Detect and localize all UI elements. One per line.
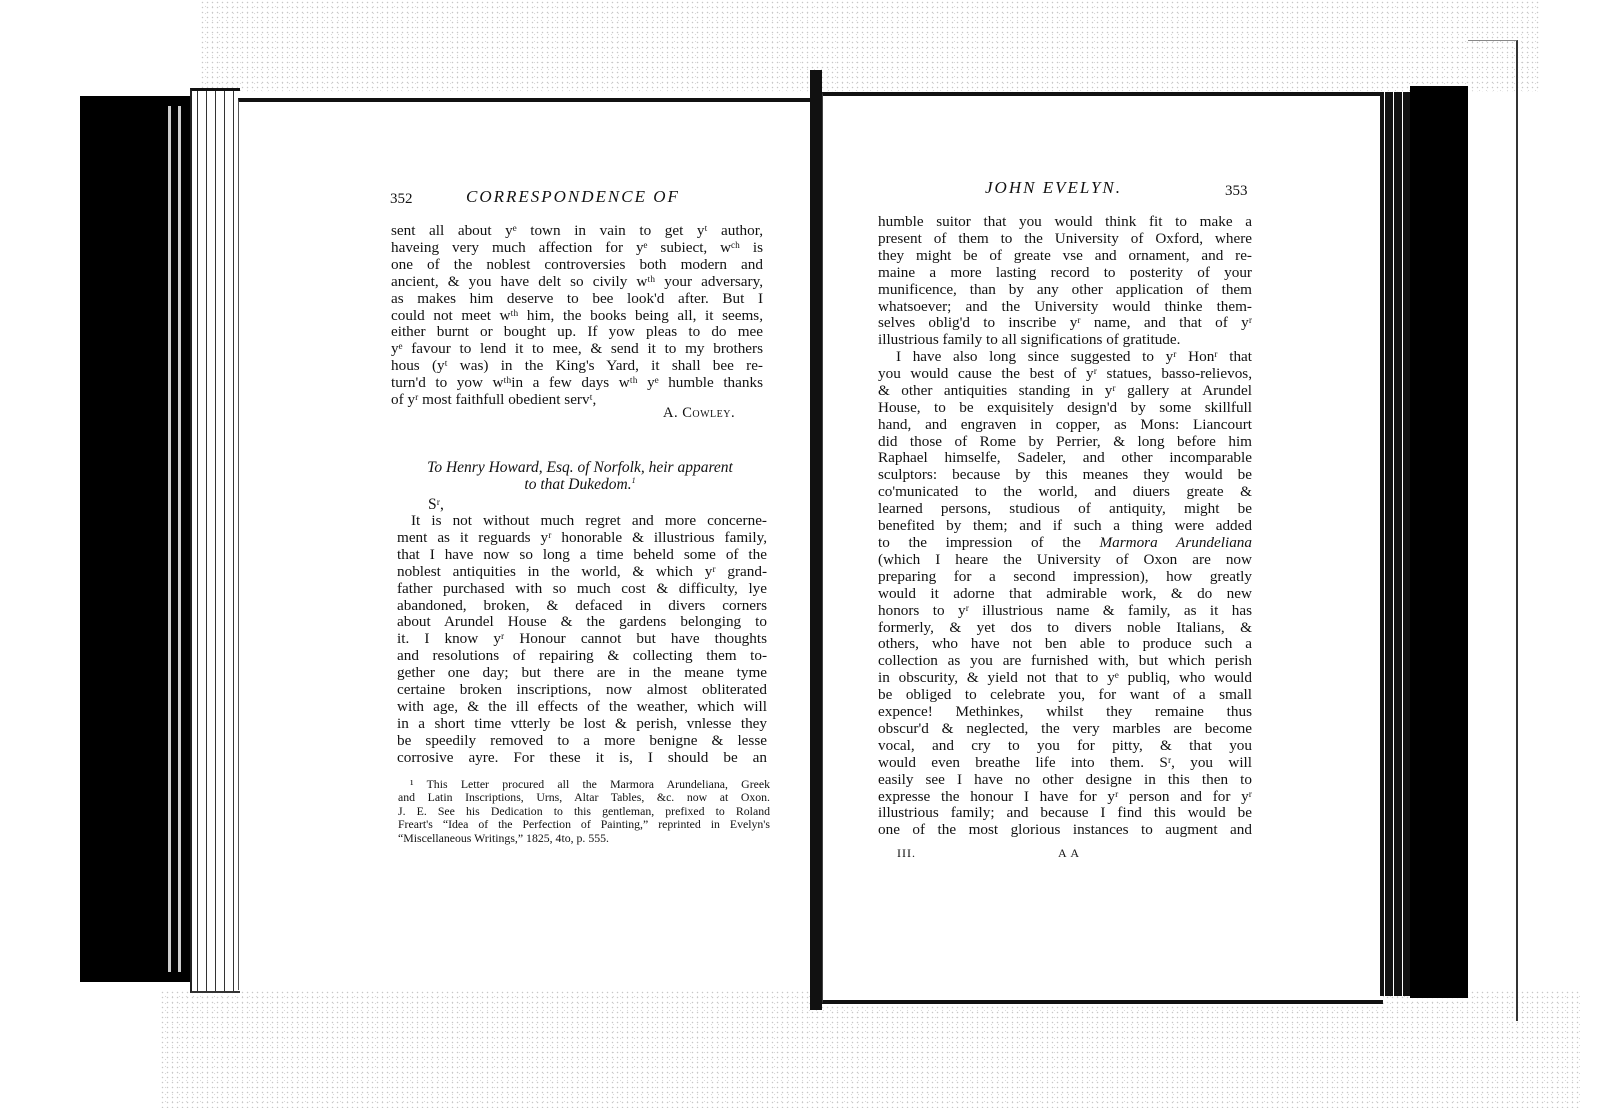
text-line: & other antiquities standing in yʳ galle… xyxy=(878,383,1252,400)
text-line: House, to be exquisitely design'd by som… xyxy=(878,400,1252,417)
text-line: haveing very much affection for yᵉ subie… xyxy=(391,240,763,257)
text-line: learned persons, studious of antiquity, … xyxy=(878,501,1252,518)
text-line: would even breathe life into them. Sʳ, y… xyxy=(878,755,1252,772)
right-paragraph-2: I have also long since suggested to yʳ H… xyxy=(878,349,1252,839)
text-line: in obscurity, & yield not that to yᵉ pub… xyxy=(878,670,1252,687)
text-line: one of the most glorious instances to au… xyxy=(878,822,1252,839)
left-cover-board xyxy=(80,96,190,982)
footnote-line: ¹ This Letter procured all the Marmora A… xyxy=(398,778,770,791)
text-line: either burnt or bought up. If yow pleas … xyxy=(391,324,763,341)
footnote-line: “Miscellaneous Writings,” 1825, 4to, p. … xyxy=(398,832,770,845)
text-line: expence! Methinkes, whilst they remaine … xyxy=(878,704,1252,721)
text-line: it. I know yʳ Honour cannot but have tho… xyxy=(397,631,767,648)
right-page-edges xyxy=(1380,92,1410,996)
text-line: yᵉ favour to lend it to mee, & send it t… xyxy=(391,341,763,358)
text-line: abandoned, broken, & defaced in divers c… xyxy=(397,598,767,615)
text-line: formerly, & yet dos to divers noble Ital… xyxy=(878,620,1252,637)
right-paragraph-1: humble suitor that you would think fit t… xyxy=(878,214,1252,349)
scan-noise-bottom xyxy=(160,990,1580,1108)
text-line: vocal, and cry to you for pitty, & that … xyxy=(878,738,1252,755)
text-line: with age, & the ill effects of the weath… xyxy=(397,699,767,716)
text-line: gether one day; but there are in the mea… xyxy=(397,665,767,682)
footnote-line: J. E. See his Dedication to this gentlem… xyxy=(398,805,770,818)
text-line: maine a more lasting record to posterity… xyxy=(878,265,1252,282)
right-page-number: 353 xyxy=(1225,183,1248,200)
text-line: that I have now so long a time beheld so… xyxy=(397,547,767,564)
text-line: illustrious family to all significations… xyxy=(878,332,1252,349)
text-line: ancient, & you have delt so civily wᵗʰ y… xyxy=(391,274,763,291)
right-running-head: JOHN EVELYN. xyxy=(985,178,1122,198)
text-line: and resolutions of repairing & collectin… xyxy=(397,648,767,665)
text-line: expresse the honour I have for yʳ person… xyxy=(878,789,1252,806)
text-line: did those of Rome by Perrier, & long bef… xyxy=(878,434,1252,451)
text-line: would it adorne that admirable work, & d… xyxy=(878,586,1252,603)
text-line: sculptors: because by this meanes they w… xyxy=(878,467,1252,484)
text-line: one of the noblest controversies both mo… xyxy=(391,257,763,274)
footnote-line: and Latin Inscriptions, Urns, Altar Tabl… xyxy=(398,791,770,804)
text-line: obscur'd & neglected, the very marbles a… xyxy=(878,721,1252,738)
left-page-number: 352 xyxy=(390,191,413,208)
text-line: co'municated to the world, and diuers gr… xyxy=(878,484,1252,501)
letter-heading-line2: to that Dukedom. xyxy=(524,476,631,493)
left-page-edges xyxy=(190,88,240,993)
text-line: could not meet wᵗʰ him, the books being … xyxy=(391,308,763,325)
continued-letter-text: sent all about yᵉ town in vain to get yᵗ… xyxy=(391,223,763,409)
text-line: sent all about yᵉ town in vain to get yᵗ… xyxy=(391,223,763,240)
text-line: humble suitor that you would think fit t… xyxy=(878,214,1252,231)
text-line: benefited by them; and if such a thing w… xyxy=(878,518,1252,535)
right-board-outline xyxy=(1468,40,1518,1021)
book-gutter xyxy=(810,70,822,1010)
new-letter-text: It is not without much regret and more c… xyxy=(397,513,767,767)
text-line: ment as it reguards yʳ honorable & illus… xyxy=(397,530,767,547)
signature-mark: A A xyxy=(1058,846,1080,861)
text-line: others, who have not ben able to produce… xyxy=(878,636,1252,653)
text-line: corrosive ayre. For these it is, I shoul… xyxy=(397,750,767,767)
right-running-head-title: JOHN EVELYN. xyxy=(985,178,1122,197)
text-line: certaine broken inscriptions, now almost… xyxy=(397,682,767,699)
footnote-line: Freart's “Idea of the Perfection of Pain… xyxy=(398,818,770,831)
text-line: present of them to the University of Oxf… xyxy=(878,231,1252,248)
text-line: as makes him deserve to bee look'd after… xyxy=(391,291,763,308)
text-line: (which I heare the University of Oxon ar… xyxy=(878,552,1252,569)
text-line: be obliged to celebrate you, for want of… xyxy=(878,687,1252,704)
text-line: you would cause the best of yʳ statues, … xyxy=(878,366,1252,383)
text-line: father purchased with so much cost & dif… xyxy=(397,581,767,598)
scan-noise-top xyxy=(200,0,1540,92)
text-line: in a short time vtterly be lost & perish… xyxy=(397,716,767,733)
text-line: collection as you are furnished with, bu… xyxy=(878,653,1252,670)
footnote-ref: 1 xyxy=(632,476,636,485)
right-cover-board xyxy=(1410,86,1468,998)
text-line: hand, and engraven in copper, as Mons: L… xyxy=(878,417,1252,434)
footnote: ¹ This Letter procured all the Marmora A… xyxy=(398,778,770,845)
text-line: hous (yᵗ was) in the King's Yard, it sha… xyxy=(391,358,763,375)
text-line: whatsoever; and the University would thi… xyxy=(878,299,1252,316)
text-line: It is not without much regret and more c… xyxy=(397,513,767,530)
left-running-head: CORRESPONDENCE OF xyxy=(466,187,680,207)
left-running-head-title: CORRESPONDENCE OF xyxy=(466,187,680,206)
text-line: munificence, than by any other applicati… xyxy=(878,282,1252,299)
text-line: turn'd to yow wᵗʰin a few days wᵗʰ yᵉ hu… xyxy=(391,375,763,392)
text-line: they might be of greate vse and ornament… xyxy=(878,248,1252,265)
letter-heading: To Henry Howard, Esq. of Norfolk, heir a… xyxy=(392,459,768,493)
text-line: easily see I have no other designe in th… xyxy=(878,772,1252,789)
volume-mark: III. xyxy=(897,846,916,861)
text-line: preparing for a second impression), how … xyxy=(878,569,1252,586)
text-line: illustrious family; and because I find t… xyxy=(878,805,1252,822)
text-line-with-italic: to the impression of the Marmora Arundel… xyxy=(878,535,1252,552)
text-line: noblest antiquities in the world, & whic… xyxy=(397,564,767,581)
text-line: selves oblig'd to inscribe yʳ name, and … xyxy=(878,315,1252,332)
letter-heading-line1: To Henry Howard, Esq. of Norfolk, heir a… xyxy=(392,459,768,476)
text-line: Raphael himselfe, Sadeler, and other inc… xyxy=(878,450,1252,467)
text-line: honors to yʳ illustrious name & family, … xyxy=(878,603,1252,620)
letter-heading-line2-wrap: to that Dukedom.1 xyxy=(392,476,768,493)
signature-cowley: A. Cowley. xyxy=(663,405,735,422)
text-line: I have also long since suggested to yʳ H… xyxy=(878,349,1252,366)
text-line: be speedily removed to a more benigne & … xyxy=(397,733,767,750)
text-line: about Arundel House & the gardens belong… xyxy=(397,614,767,631)
